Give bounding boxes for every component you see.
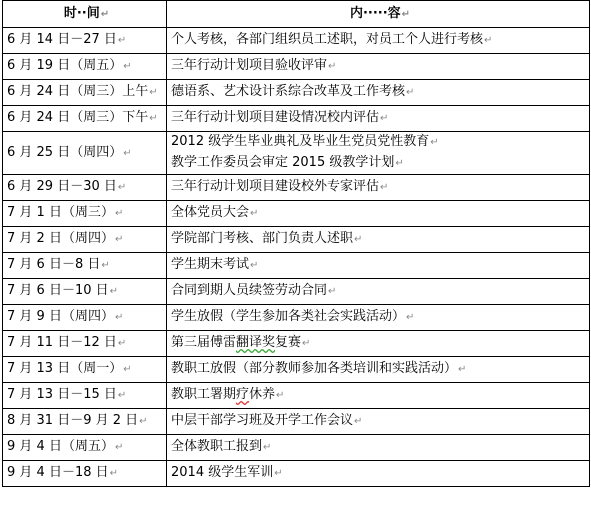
header-content-label: 内·····容 xyxy=(350,6,401,21)
content-text: 2012 级学生毕业典礼及毕业生党员党性教育 xyxy=(171,134,429,149)
paragraph-mark-icon: ↵ xyxy=(115,208,123,219)
content-text: 学生放假（学生参加各类社会实践活动） xyxy=(171,309,405,324)
paragraph-mark-icon: ↵ xyxy=(430,137,438,148)
table-row: 6 月 14 日－27 日↵ 个人考核，各部门组织员工述职，对员工个人进行考核↵ xyxy=(3,28,590,54)
time-cell[interactable]: 7 月 2 日（周四）↵ xyxy=(3,227,167,253)
time-cell[interactable]: 6 月 25 日（周四）↵ xyxy=(3,132,167,175)
schedule-table: 时··间↵ 内·····容↵ 6 月 14 日－27 日↵ 个人考核，各部门组织… xyxy=(2,0,590,487)
paragraph-mark-icon: ↵ xyxy=(250,208,258,219)
content-cell[interactable]: 三年行动计划项目建设校外专家评估↵ xyxy=(167,175,590,201)
table-row: 7 月 1 日（周三）↵ 全体党员大会↵ xyxy=(3,201,590,227)
table-row: 8 月 31 日－9 月 2 日↵ 中层干部学习班及开学工作会议↵ xyxy=(3,409,590,435)
time-cell[interactable]: 7 月 6 日－10 日↵ xyxy=(3,279,167,305)
header-time: 时··间↵ xyxy=(3,1,167,28)
time-cell[interactable]: 6 月 29 日－30 日↵ xyxy=(3,175,167,201)
content-cell[interactable]: 三年行动计划项目建设情况校内评估↵ xyxy=(167,106,590,132)
table-row: 6 月 29 日－30 日↵ 三年行动计划项目建设校外专家评估↵ xyxy=(3,175,590,201)
paragraph-mark-icon: ↵ xyxy=(123,148,131,159)
content-text: 中层干部学习班及开学工作会议 xyxy=(171,413,353,428)
paragraph-mark-icon: ↵ xyxy=(380,113,388,124)
time-text: 6 月 19 日（周五） xyxy=(7,58,122,73)
content-text: 三年行动计划项目建设校外专家评估 xyxy=(171,179,379,194)
paragraph-mark-icon: ↵ xyxy=(250,260,258,271)
content-cell[interactable]: 合同到期人员续签劳动合同↵ xyxy=(167,279,590,305)
time-cell[interactable]: 7 月 1 日（周三）↵ xyxy=(3,201,167,227)
paragraph-mark-icon: ↵ xyxy=(115,312,123,323)
table-row: 7 月 13 日－15 日↵ 教职工署期疗休养↵ xyxy=(3,383,590,409)
paragraph-mark-icon: ↵ xyxy=(354,416,362,427)
paragraph-mark-icon: ↵ xyxy=(395,158,403,169)
time-text: 6 月 24 日（周三）下午 xyxy=(7,110,148,125)
content-cell[interactable]: 第三届傅雷翻译奖复赛↵ xyxy=(167,331,590,357)
paragraph-mark-icon: ↵ xyxy=(406,312,414,323)
content-cell[interactable]: 教职工署期疗休养↵ xyxy=(167,383,590,409)
spelling-flagged-text[interactable]: 疗 xyxy=(236,387,249,402)
time-cell[interactable]: 9 月 4 日（周五）↵ xyxy=(3,435,167,461)
table-row: 6 月 24 日（周三）上午↵ 德语系、艺术设计系综合改革及工作考核↵ xyxy=(3,80,590,106)
content-cell[interactable]: 三年行动计划项目验收评审↵ xyxy=(167,54,590,80)
paragraph-mark-icon: ↵ xyxy=(118,35,126,46)
table-row: 9 月 4 日（周五）↵ 全体教职工报到↵ xyxy=(3,435,590,461)
content-text: 教职工署期 xyxy=(171,387,236,402)
time-text: 7 月 6 日－8 日 xyxy=(7,257,100,272)
time-cell[interactable]: 7 月 9 日（周四）↵ xyxy=(3,305,167,331)
time-cell[interactable]: 6 月 24 日（周三）下午↵ xyxy=(3,106,167,132)
paragraph-mark-icon: ↵ xyxy=(118,338,126,349)
content-text-line2: 教学工作委员会审定 2015 级教学计划 xyxy=(171,155,394,170)
content-text: 三年行动计划项目建设情况校内评估 xyxy=(171,110,379,125)
time-cell[interactable]: 7 月 13 日－15 日↵ xyxy=(3,383,167,409)
paragraph-mark-icon: ↵ xyxy=(149,87,157,98)
table-row: 7 月 9 日（周四）↵ 学生放假（学生参加各类社会实践活动）↵ xyxy=(3,305,590,331)
content-cell[interactable]: 德语系、艺术设计系综合改革及工作考核↵ xyxy=(167,80,590,106)
content-cell[interactable]: 全体党员大会↵ xyxy=(167,201,590,227)
time-text: 7 月 11 日－12 日 xyxy=(7,335,117,350)
table-row: 9 月 4 日－18 日↵ 2014 级学生军训↵ xyxy=(3,461,590,487)
grammar-flagged-text[interactable]: 翻译奖 xyxy=(236,335,275,350)
paragraph-mark-icon: ↵ xyxy=(118,182,126,193)
content-cell[interactable]: 全体教职工报到↵ xyxy=(167,435,590,461)
paragraph-mark-icon: ↵ xyxy=(263,442,271,453)
table-row: 6 月 25 日（周四）↵ 2012 级学生毕业典礼及毕业生党员党性教育↵ 教学… xyxy=(3,132,590,175)
header-time-label: 时··间 xyxy=(64,6,100,21)
paragraph-mark-icon: ↵ xyxy=(458,364,466,375)
paragraph-mark-icon: ↵ xyxy=(118,390,126,401)
content-text: 学院部门考核、部门负责人述职 xyxy=(171,231,353,246)
content-text: 全体教职工报到 xyxy=(171,439,262,454)
table-row: 7 月 6 日－10 日↵ 合同到期人员续签劳动合同↵ xyxy=(3,279,590,305)
paragraph-mark-icon: ↵ xyxy=(101,9,109,20)
paragraph-mark-icon: ↵ xyxy=(101,260,109,271)
paragraph-mark-icon: ↵ xyxy=(380,182,388,193)
time-text: 6 月 14 日－27 日 xyxy=(7,32,117,47)
time-cell[interactable]: 8 月 31 日－9 月 2 日↵ xyxy=(3,409,167,435)
paragraph-mark-icon: ↵ xyxy=(302,338,310,349)
table-row: 7 月 6 日－8 日↵ 学生期末考试↵ xyxy=(3,253,590,279)
time-cell[interactable]: 7 月 6 日－8 日↵ xyxy=(3,253,167,279)
content-text: 2014 级学生军训 xyxy=(171,465,273,480)
table-row: 6 月 19 日（周五）↵ 三年行动计划项目验收评审↵ xyxy=(3,54,590,80)
content-cell[interactable]: 学生期末考试↵ xyxy=(167,253,590,279)
paragraph-mark-icon: ↵ xyxy=(115,234,123,245)
table-row: 6 月 24 日（周三）下午↵ 三年行动计划项目建设情况校内评估↵ xyxy=(3,106,590,132)
header-row: 时··间↵ 内·····容↵ xyxy=(3,1,590,28)
paragraph-mark-icon: ↵ xyxy=(139,416,147,427)
time-text: 7 月 13 日（周一） xyxy=(7,361,122,376)
content-text: 休养 xyxy=(249,387,275,402)
paragraph-mark-icon: ↵ xyxy=(123,364,131,375)
paragraph-mark-icon: ↵ xyxy=(110,468,118,479)
content-cell[interactable]: 中层干部学习班及开学工作会议↵ xyxy=(167,409,590,435)
paragraph-mark-icon: ↵ xyxy=(354,234,362,245)
paragraph-mark-icon: ↵ xyxy=(328,61,336,72)
table-row: 7 月 2 日（周四）↵ 学院部门考核、部门负责人述职↵ xyxy=(3,227,590,253)
time-cell[interactable]: 7 月 11 日－12 日↵ xyxy=(3,331,167,357)
paragraph-mark-icon: ↵ xyxy=(328,286,336,297)
time-text: 7 月 9 日（周四） xyxy=(7,309,114,324)
paragraph-mark-icon: ↵ xyxy=(276,390,284,401)
content-cell[interactable]: 2014 级学生军训↵ xyxy=(167,461,590,487)
content-text: 第三届傅雷 xyxy=(171,335,236,350)
time-text: 6 月 24 日（周三）上午 xyxy=(7,84,148,99)
header-content: 内·····容↵ xyxy=(167,1,590,28)
time-text: 7 月 1 日（周三） xyxy=(7,205,114,220)
paragraph-mark-icon: ↵ xyxy=(406,87,414,98)
time-text: 7 月 2 日（周四） xyxy=(7,231,114,246)
content-cell[interactable]: 教职工放假（部分教师参加各类培训和实践活动）↵ xyxy=(167,357,590,383)
paragraph-mark-icon: ↵ xyxy=(115,442,123,453)
time-text: 7 月 6 日－10 日 xyxy=(7,283,109,298)
table-row: 7 月 11 日－12 日↵ 第三届傅雷翻译奖复赛↵ xyxy=(3,331,590,357)
content-text: 个人考核，各部门组织员工述职，对员工个人进行考核 xyxy=(171,32,483,47)
time-text: 6 月 25 日（周四） xyxy=(7,145,122,160)
time-text: 8 月 31 日－9 月 2 日 xyxy=(7,413,138,428)
paragraph-mark-icon: ↵ xyxy=(110,286,118,297)
content-text: 合同到期人员续签劳动合同 xyxy=(171,283,327,298)
time-cell[interactable]: 6 月 24 日（周三）上午↵ xyxy=(3,80,167,106)
content-cell[interactable]: 学院部门考核、部门负责人述职↵ xyxy=(167,227,590,253)
paragraph-mark-icon: ↵ xyxy=(149,113,157,124)
content-text: 教职工放假（部分教师参加各类培训和实践活动） xyxy=(171,361,457,376)
time-cell[interactable]: 6 月 19 日（周五）↵ xyxy=(3,54,167,80)
time-text: 6 月 29 日－30 日 xyxy=(7,179,117,194)
table-row: 7 月 13 日（周一）↵ 教职工放假（部分教师参加各类培训和实践活动）↵ xyxy=(3,357,590,383)
time-cell[interactable]: 6 月 14 日－27 日↵ xyxy=(3,28,167,54)
content-cell[interactable]: 个人考核，各部门组织员工述职，对员工个人进行考核↵ xyxy=(167,28,590,54)
paragraph-mark-icon: ↵ xyxy=(123,61,131,72)
time-text: 9 月 4 日（周五） xyxy=(7,439,114,454)
content-cell[interactable]: 学生放假（学生参加各类社会实践活动）↵ xyxy=(167,305,590,331)
content-text: 德语系、艺术设计系综合改革及工作考核 xyxy=(171,84,405,99)
content-text: 全体党员大会 xyxy=(171,205,249,220)
paragraph-mark-icon: ↵ xyxy=(484,35,492,46)
content-cell[interactable]: 2012 级学生毕业典礼及毕业生党员党性教育↵ 教学工作委员会审定 2015 级… xyxy=(167,132,590,175)
content-text: 三年行动计划项目验收评审 xyxy=(171,58,327,73)
content-text: 复赛 xyxy=(275,335,301,350)
time-text: 7 月 13 日－15 日 xyxy=(7,387,117,402)
time-text: 9 月 4 日－18 日 xyxy=(7,465,109,480)
time-cell[interactable]: 9 月 4 日－18 日↵ xyxy=(3,461,167,487)
paragraph-mark-icon: ↵ xyxy=(402,9,410,20)
paragraph-mark-icon: ↵ xyxy=(274,468,282,479)
content-text: 学生期末考试 xyxy=(171,257,249,272)
time-cell[interactable]: 7 月 13 日（周一）↵ xyxy=(3,357,167,383)
